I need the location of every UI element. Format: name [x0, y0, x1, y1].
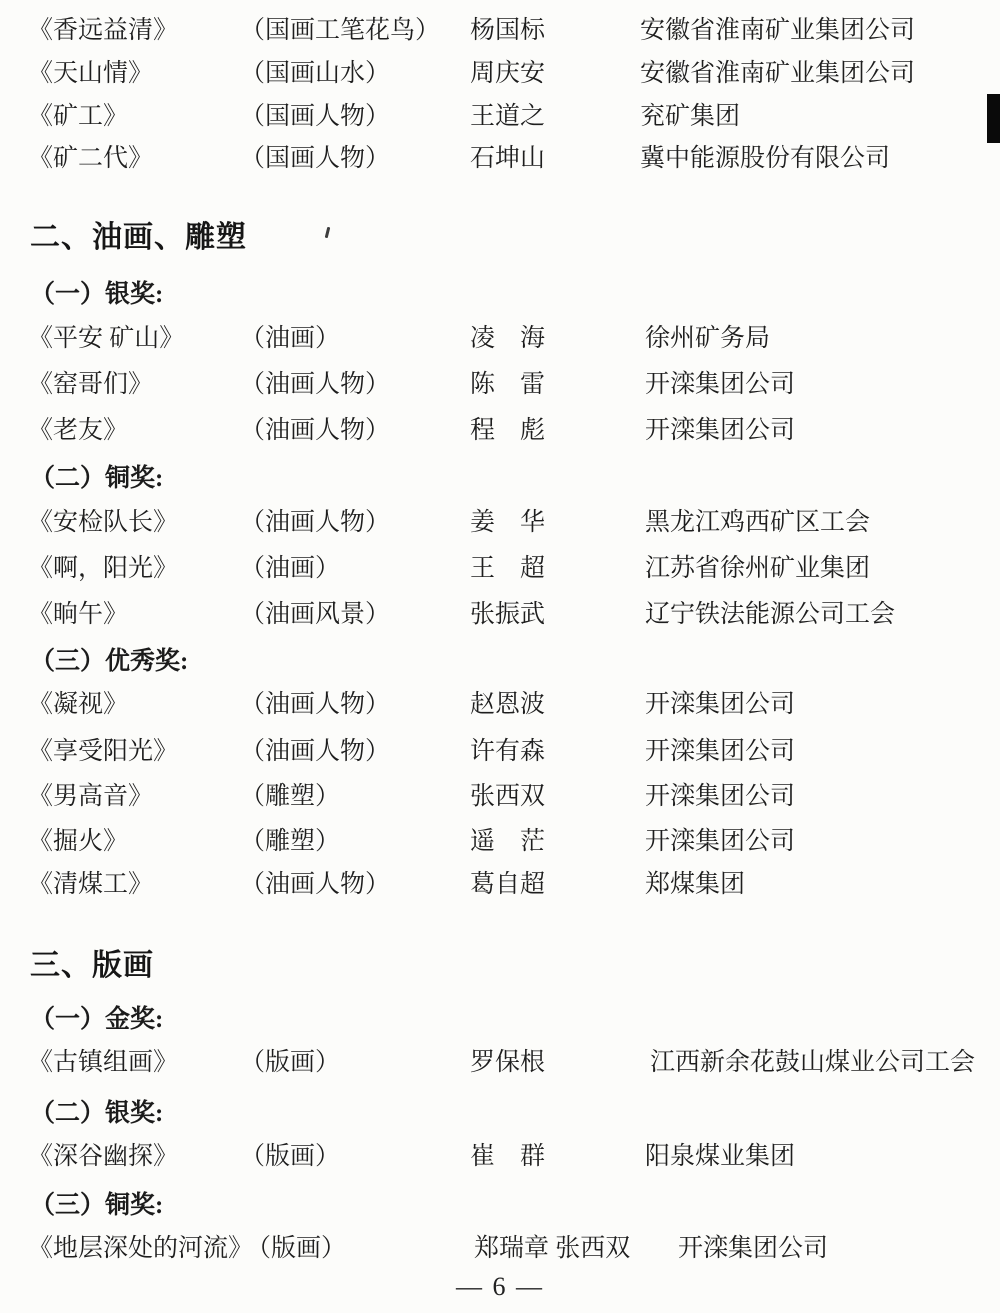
artwork-category: （油画人物） — [240, 414, 390, 448]
artwork-title: 《掘火》 — [28, 825, 128, 859]
artwork-title: 《安检队长》 — [28, 506, 178, 540]
award-row: 《清煤工》 （油画人物） 葛自超 郑煤集团 — [0, 868, 1000, 902]
organization-name: 开滦集团公司 — [645, 735, 795, 769]
organization-name: 开滦集团公司 — [645, 368, 795, 402]
artist-name: 张西双 — [470, 780, 545, 814]
organization-name: 江苏省徐州矿业集团 — [645, 552, 870, 586]
artist-name: 陈 雷 — [470, 368, 545, 402]
artist-name: 张振武 — [470, 598, 545, 632]
artist-name: 周庆安 — [470, 57, 545, 91]
organization-name: 冀中能源股份有限公司 — [640, 142, 890, 176]
artwork-category: （油画人物） — [240, 506, 390, 540]
artwork-title: 《天山情》 — [28, 57, 153, 91]
artwork-category: （油画人物） — [240, 688, 390, 722]
artwork-category: （版画） — [240, 1046, 340, 1080]
artist-name: 程 彪 — [470, 414, 545, 448]
artwork-category: （版画） — [240, 1140, 340, 1174]
artist-name: 杨国标 — [470, 14, 545, 48]
award-row: 《矿二代》 （国画人物） 石坤山 冀中能源股份有限公司 — [0, 142, 1000, 176]
artwork-title: 《窑哥们》 — [28, 368, 153, 402]
artwork-title: 《古镇组画》 — [28, 1046, 178, 1080]
organization-name: 阳泉煤业集团 — [645, 1140, 795, 1174]
artist-name: 崔 群 — [470, 1140, 545, 1174]
artwork-title: 《矿二代》 — [28, 142, 153, 176]
artist-name: 遥 茫 — [470, 825, 545, 859]
artwork-title: 《香远益清》 — [28, 14, 178, 48]
artwork-category: （国画人物） — [240, 100, 390, 134]
section-heading-prints: 三、版画 — [30, 946, 154, 986]
scanned-award-list-page: 《香远益清》 （国画工笔花鸟） 杨国标 安徽省淮南矿业集团公司 《天山情》 （国… — [0, 0, 1000, 1313]
award-row: 《古镇组画》 （版画） 罗保根 江西新余花鼓山煤业公司工会 — [0, 1046, 1000, 1080]
organization-name: 安徽省淮南矿业集团公司 — [640, 14, 915, 48]
award-row: 《啊，阳光》 （油画） 王 超 江苏省徐州矿业集团 — [0, 552, 1000, 586]
award-row: 《男高音》 （雕塑） 张西双 开滦集团公司 — [0, 780, 1000, 814]
award-group-label-silver: （一）银奖: — [30, 278, 163, 312]
organization-name: 开滦集团公司 — [678, 1232, 828, 1266]
award-group-label-gold: （一）金奖: — [30, 1003, 163, 1037]
section-heading-oil-painting-sculpture: 二、油画、雕塑 — [30, 218, 247, 258]
organization-name: 黑龙江鸡西矿区工会 — [645, 506, 870, 540]
artwork-title: 《老友》 — [28, 414, 128, 448]
award-row: 《地层深处的河流》 （版画） 郑瑞章 张西双 开滦集团公司 — [0, 1232, 1000, 1266]
scan-artifact-mark — [987, 94, 1000, 143]
organization-name: 辽宁铁法能源公司工会 — [645, 598, 895, 632]
award-row: 《老友》 （油画人物） 程 彪 开滦集团公司 — [0, 414, 1000, 448]
artist-name: 王 超 — [470, 552, 545, 586]
award-group-label-bronze-prints: （三）铜奖: — [30, 1189, 163, 1223]
award-row: 《天山情》 （国画山水） 周庆安 安徽省淮南矿业集团公司 — [0, 57, 1000, 91]
artwork-title: 《享受阳光》 — [28, 735, 178, 769]
artwork-title: 《矿工》 — [28, 100, 128, 134]
organization-name: 徐州矿务局 — [645, 322, 770, 356]
award-row: 《掘火》 （雕塑） 遥 茫 开滦集团公司 — [0, 825, 1000, 859]
artwork-category: （油画） — [240, 552, 340, 586]
artwork-category: （油画风景） — [240, 598, 390, 632]
organization-name: 兖矿集团 — [640, 100, 740, 134]
artwork-title: 《男高音》 — [28, 780, 153, 814]
artwork-title: 《晌午》 — [28, 598, 128, 632]
award-row: 《凝视》 （油画人物） 赵恩波 开滦集团公司 — [0, 688, 1000, 722]
artwork-category: （油画人物） — [240, 735, 390, 769]
award-row: 《平安 矿山》 （油画） 凌 海 徐州矿务局 — [0, 322, 1000, 356]
artist-name: 罗保根 — [470, 1046, 545, 1080]
artwork-category: （油画人物） — [240, 868, 390, 902]
organization-name: 开滦集团公司 — [645, 414, 795, 448]
artist-name: 赵恩波 — [470, 688, 545, 722]
award-group-label-bronze: （二）铜奖: — [30, 462, 163, 496]
stray-ink-mark — [325, 227, 331, 238]
page-number: — 6 — — [0, 1272, 1000, 1302]
artist-name: 王道之 — [470, 100, 545, 134]
artist-name: 郑瑞章 张西双 — [474, 1232, 630, 1266]
organization-name: 开滦集团公司 — [645, 780, 795, 814]
artwork-title: 《凝视》 — [28, 688, 128, 722]
award-row: 《矿工》 （国画人物） 王道之 兖矿集团 — [0, 100, 1000, 134]
organization-name: 安徽省淮南矿业集团公司 — [640, 57, 915, 91]
artwork-category: （油画人物） — [240, 368, 390, 402]
award-row: 《深谷幽探》 （版画） 崔 群 阳泉煤业集团 — [0, 1140, 1000, 1174]
artwork-category: （版画） — [246, 1232, 346, 1266]
artwork-title: 《啊，阳光》 — [28, 552, 178, 586]
organization-name: 开滦集团公司 — [645, 688, 795, 722]
artist-name: 凌 海 — [470, 322, 545, 356]
award-row: 《享受阳光》 （油画人物） 许有森 开滦集团公司 — [0, 735, 1000, 769]
artwork-category: （雕塑） — [240, 825, 340, 859]
award-row: 《安检队长》 （油画人物） 姜 华 黑龙江鸡西矿区工会 — [0, 506, 1000, 540]
artist-name: 许有森 — [470, 735, 545, 769]
artist-name: 葛自超 — [470, 868, 545, 902]
award-row: 《香远益清》 （国画工笔花鸟） 杨国标 安徽省淮南矿业集团公司 — [0, 14, 1000, 48]
award-group-label-silver-prints: （二）银奖: — [30, 1097, 163, 1131]
artwork-title: 《平安 矿山》 — [28, 322, 184, 356]
artwork-category: （国画工笔花鸟） — [240, 14, 440, 48]
artist-name: 石坤山 — [470, 142, 545, 176]
award-row: 《窑哥们》 （油画人物） 陈 雷 开滦集团公司 — [0, 368, 1000, 402]
award-row: 《晌午》 （油画风景） 张振武 辽宁铁法能源公司工会 — [0, 598, 1000, 632]
artwork-category: （国画人物） — [240, 142, 390, 176]
artwork-category: （油画） — [240, 322, 340, 356]
organization-name: 开滦集团公司 — [645, 825, 795, 859]
organization-name: 郑煤集团 — [645, 868, 745, 902]
artwork-title: 《清煤工》 — [28, 868, 153, 902]
award-group-label-excellence: （三）优秀奖: — [30, 645, 188, 679]
artwork-title: 《深谷幽探》 — [28, 1140, 178, 1174]
organization-name: 江西新余花鼓山煤业公司工会 — [650, 1046, 975, 1080]
artwork-category: （国画山水） — [240, 57, 390, 91]
artwork-title: 《地层深处的河流》 — [28, 1232, 253, 1266]
artwork-category: （雕塑） — [240, 780, 340, 814]
artist-name: 姜 华 — [470, 506, 545, 540]
